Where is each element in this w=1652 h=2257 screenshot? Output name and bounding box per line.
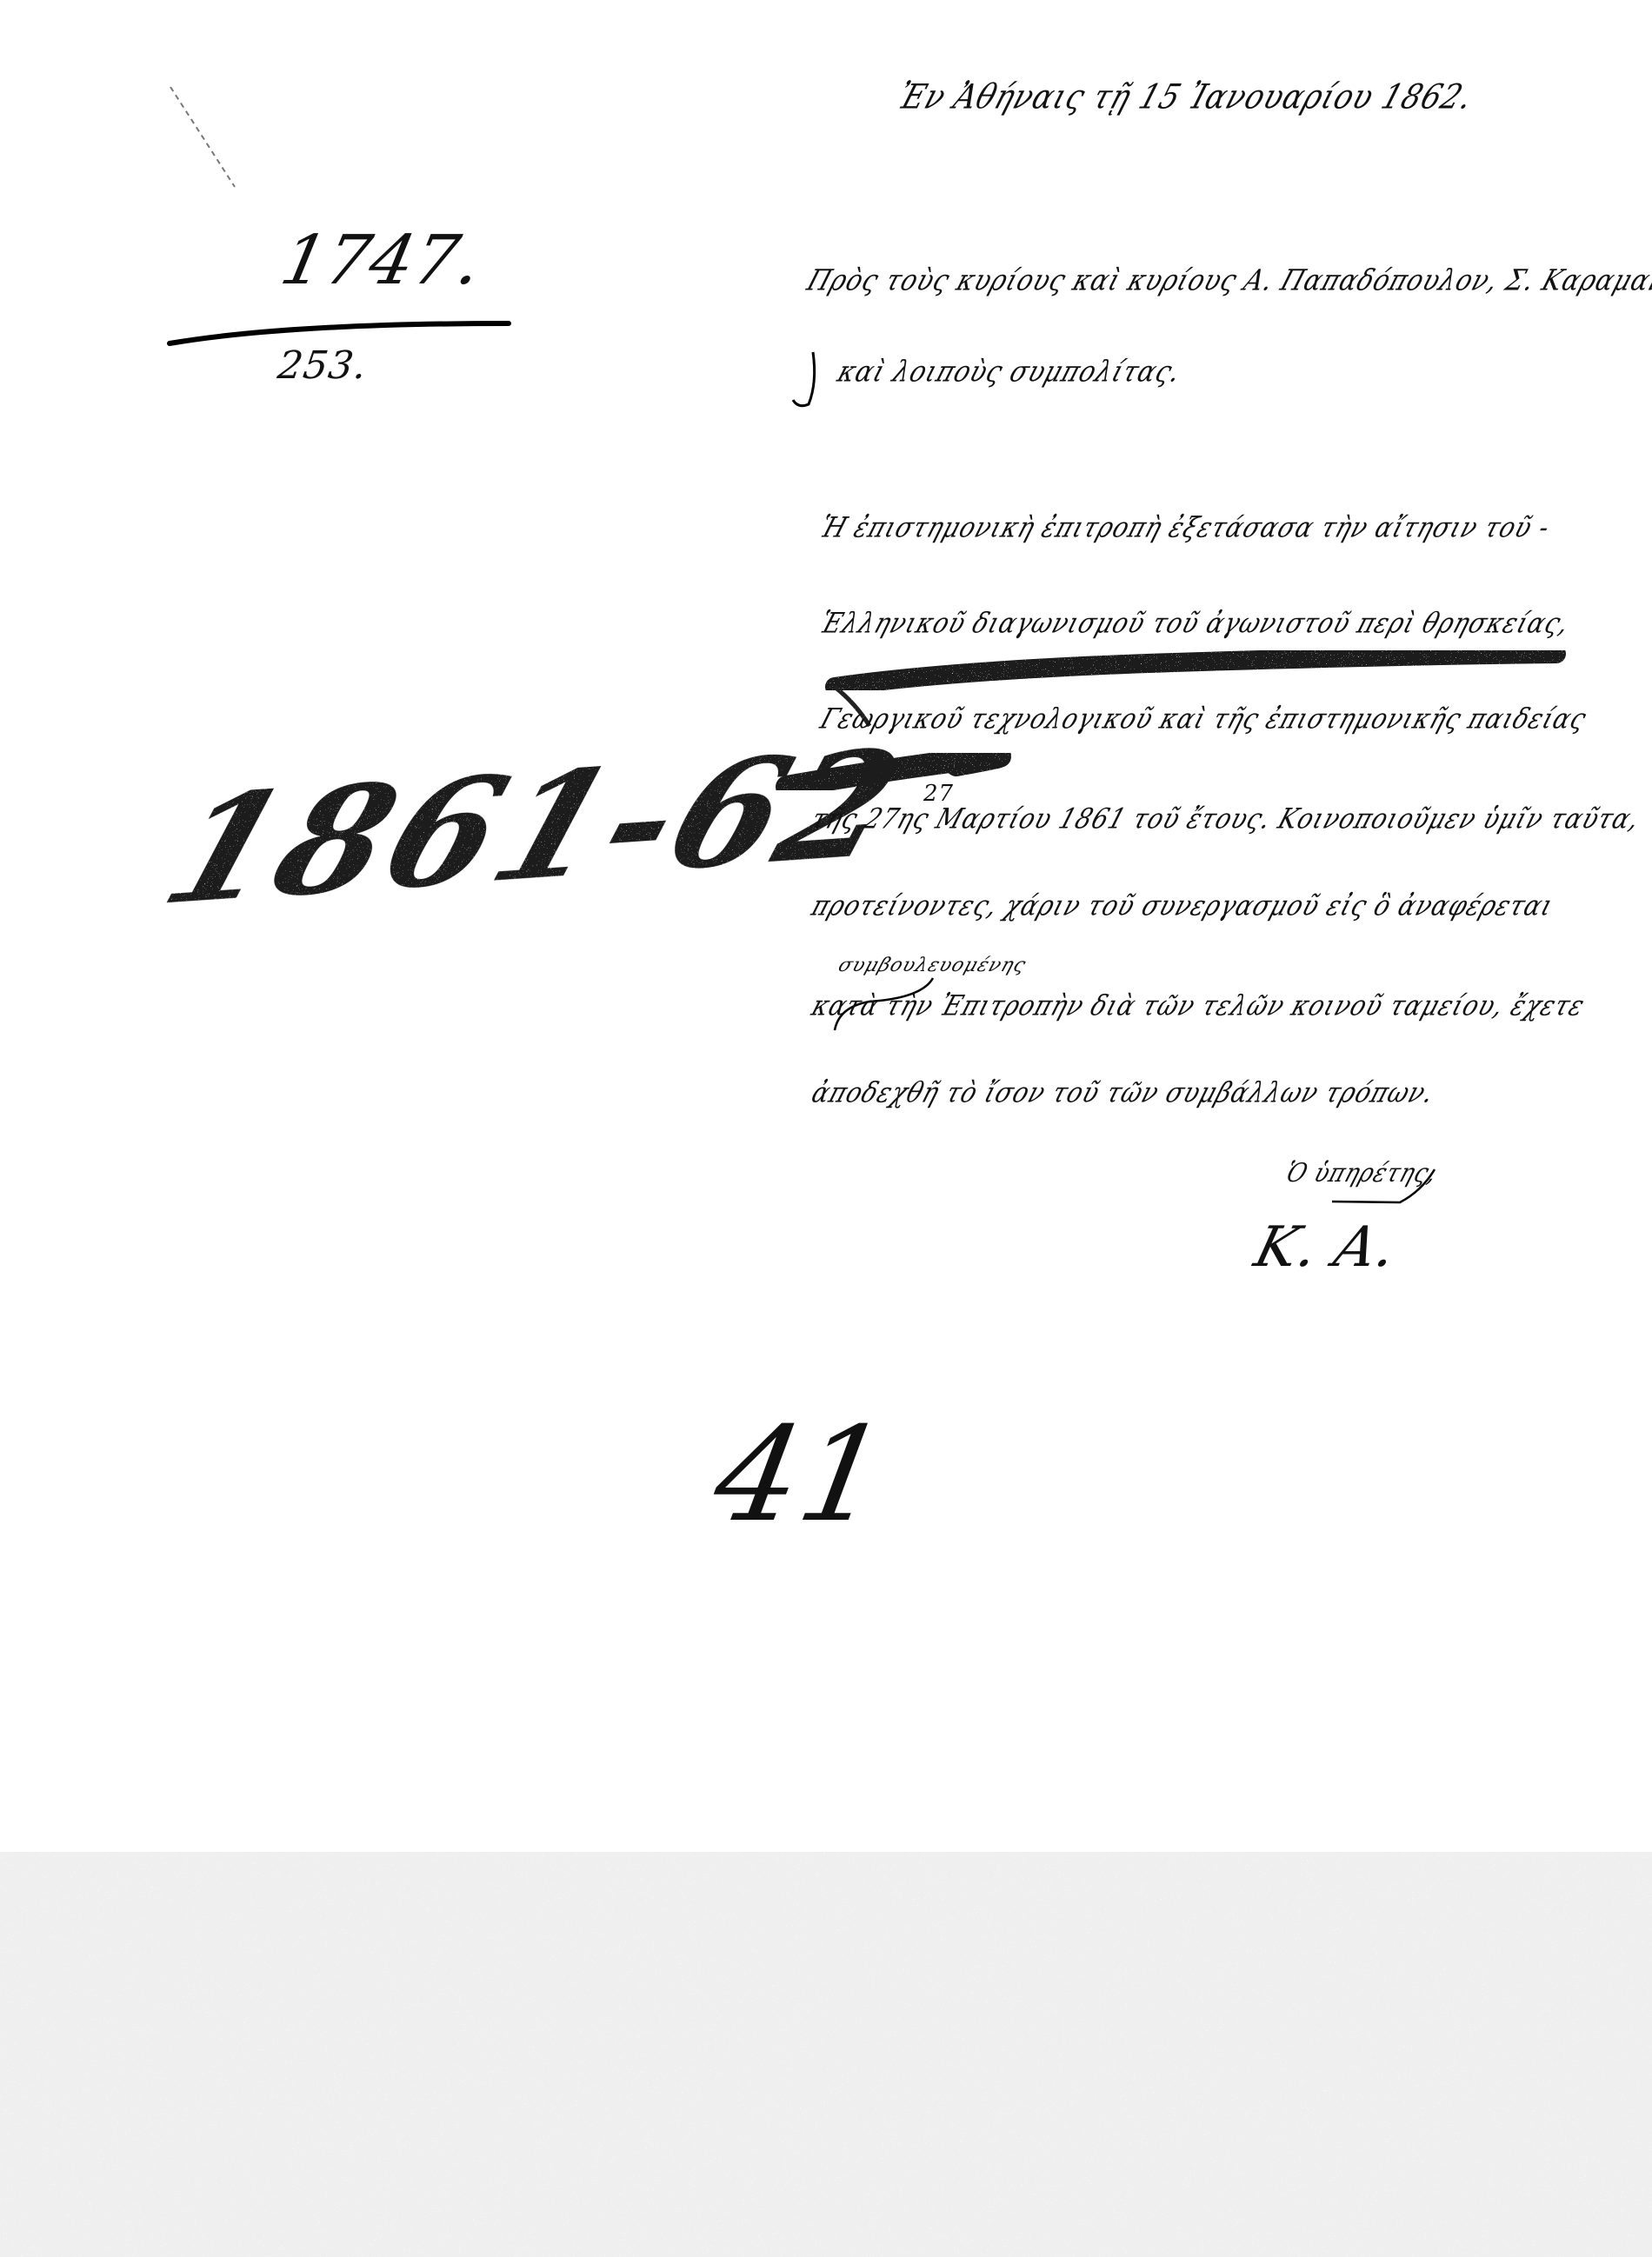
scan-noise-layer (0, 0, 1652, 2257)
scanned-letter-page: Ἐν Ἀθήναις τῇ 15 Ἰανουαρίου 1862. 1747. … (0, 0, 1652, 2257)
